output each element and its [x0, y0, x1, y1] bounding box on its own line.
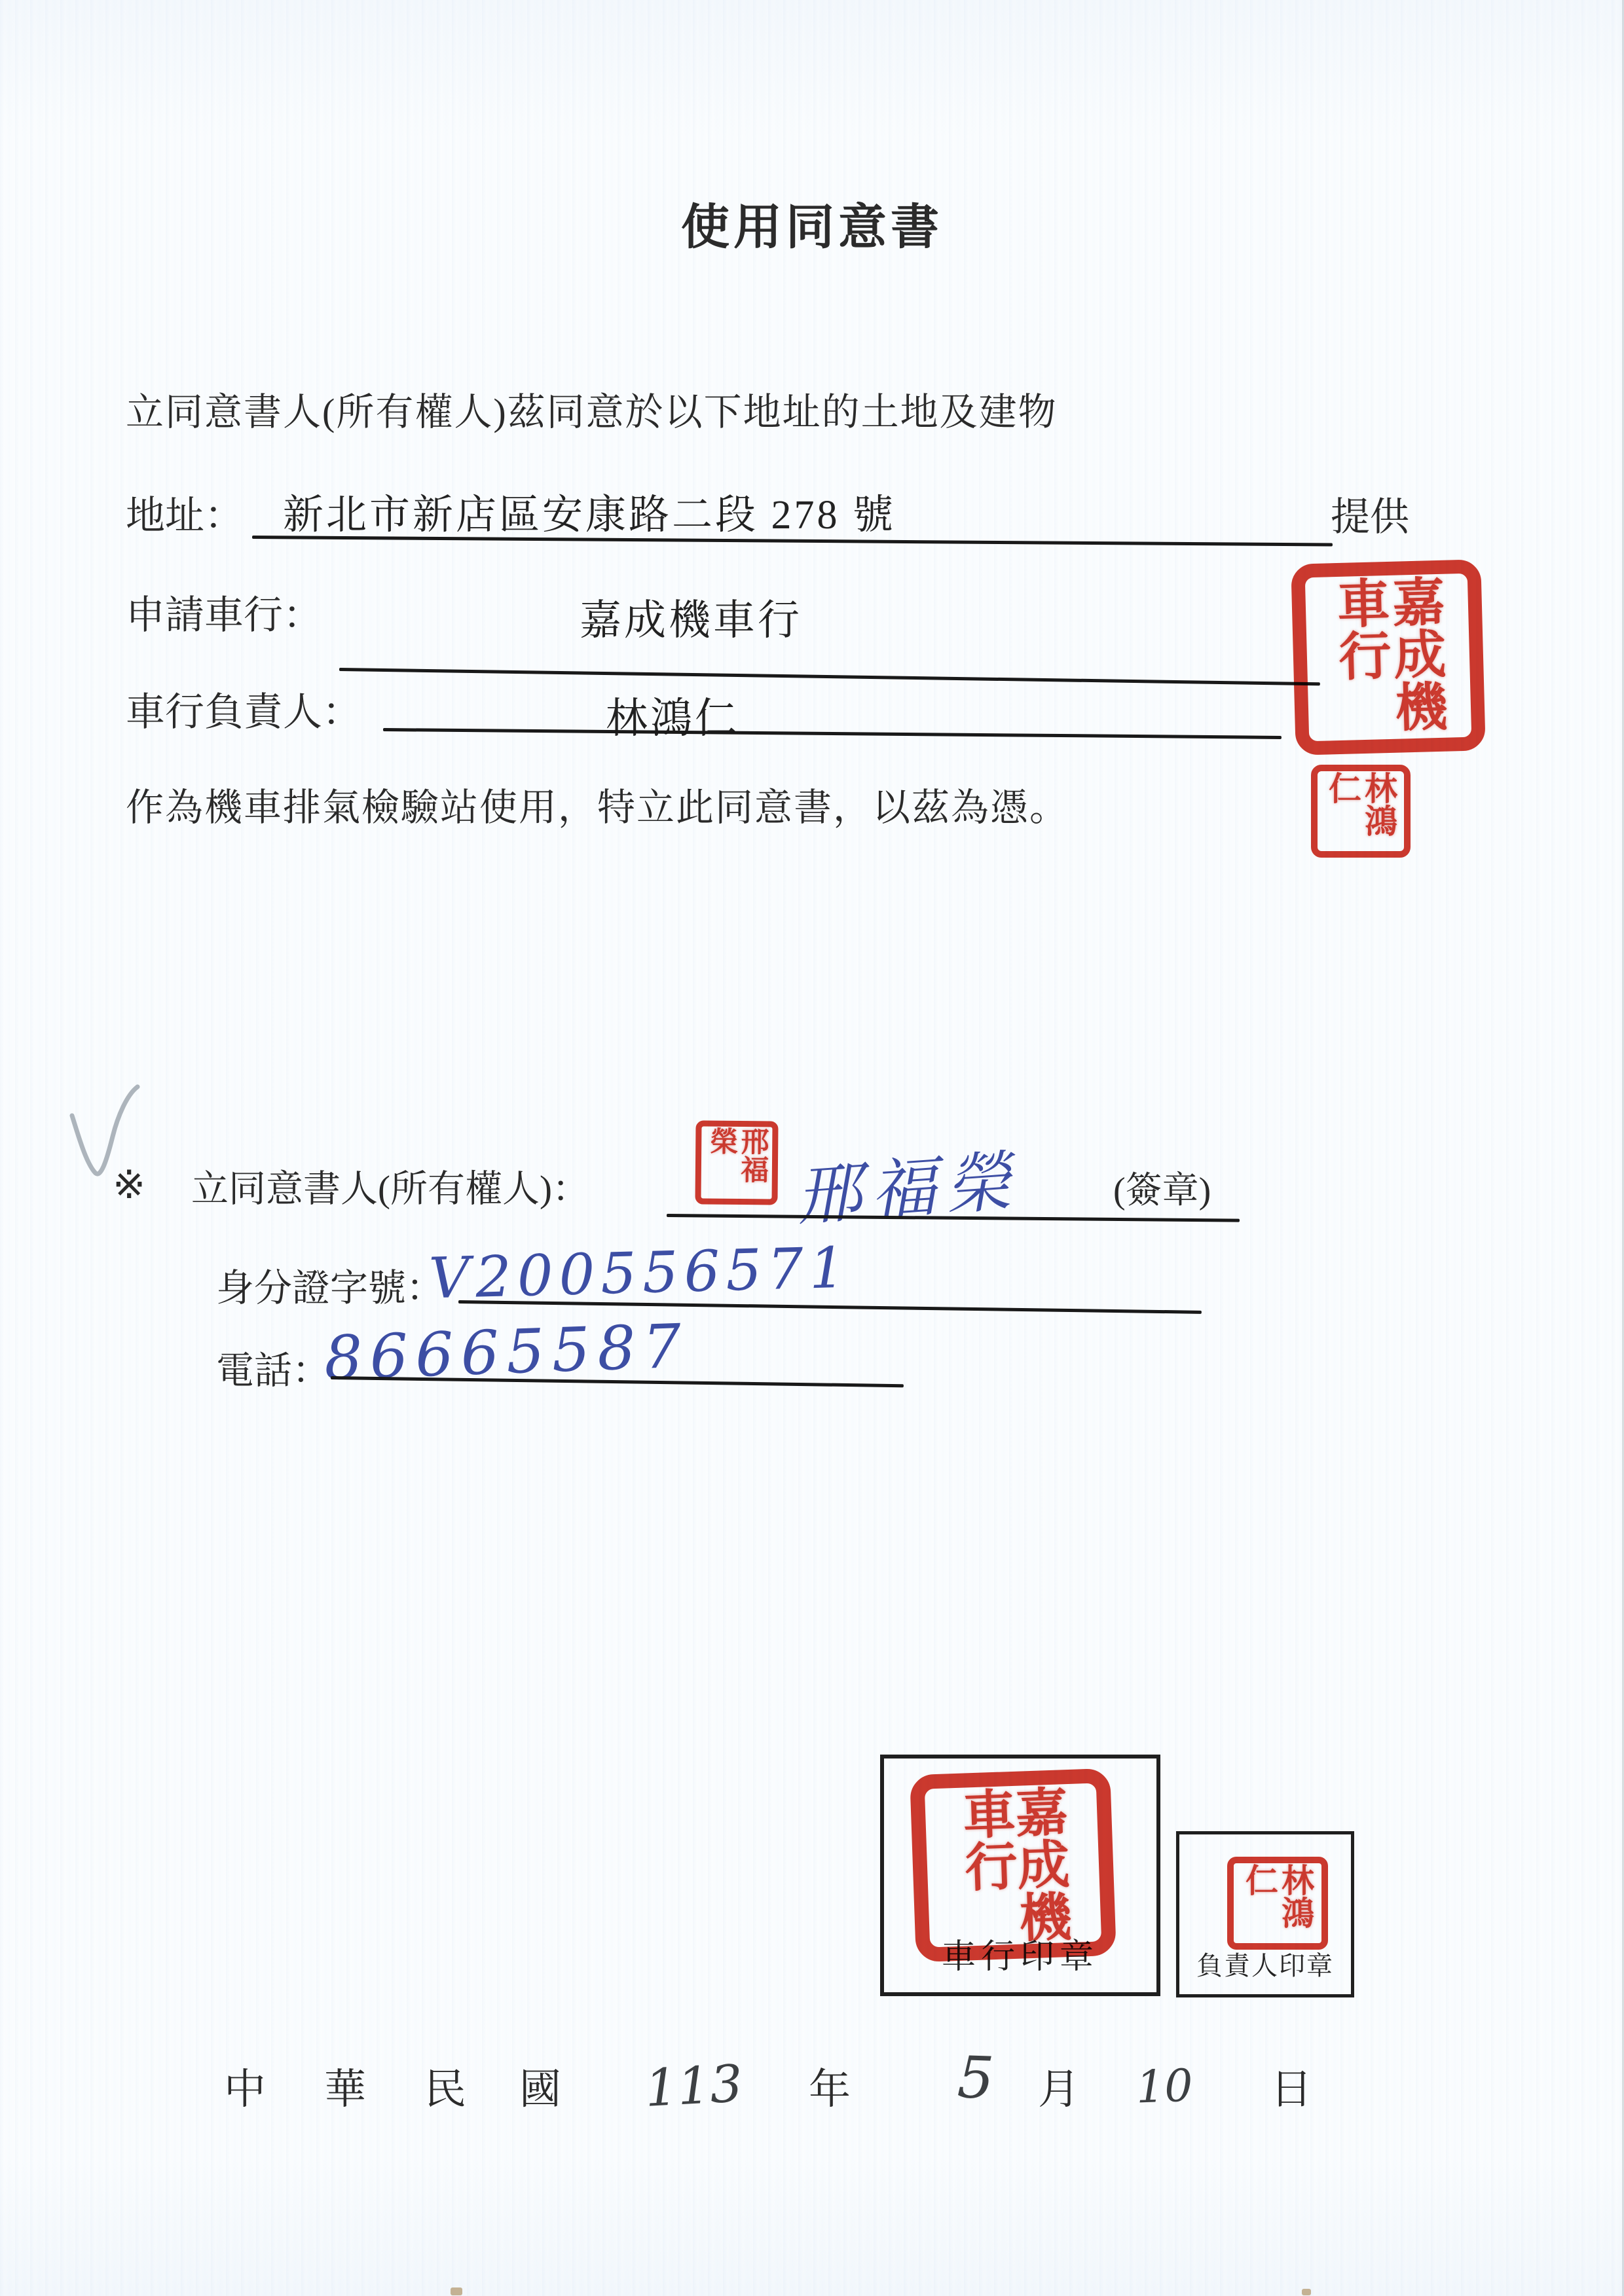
- scan-speck: [451, 2287, 462, 2295]
- intro-paragraph: 立同意書人(所有權人)茲同意於以下地址的土地及建物: [126, 381, 1058, 436]
- date-day-unit: 日: [1270, 2056, 1312, 2116]
- shop-value: 嘉成機車行: [580, 587, 802, 647]
- purpose-paragraph: 作為機車排氣檢驗站使用，特立此同意書，以茲為憑。: [126, 776, 1069, 831]
- consent-label: 立同意書人(所有權人)：: [191, 1159, 589, 1212]
- owner-signature-handwritten: 邢福榮: [792, 1128, 1022, 1238]
- company-seal-stamp-bottom: 嘉成機車行: [910, 1768, 1116, 1963]
- principal-seal-stamp: 林鴻仁: [1311, 765, 1411, 858]
- shop-underline: [339, 668, 1320, 685]
- date-year-handwritten: 113: [644, 2054, 744, 2119]
- date-era-char-2: 華: [324, 2056, 366, 2116]
- principal-label: 車行負責人：: [126, 681, 361, 737]
- company-seal-stamp: 嘉成機車行: [1291, 559, 1486, 755]
- phone-label: 電話：: [216, 1339, 330, 1394]
- scanned-consent-form: { "doc": { "title": "使用同意書", "intro": "立…: [0, 0, 1624, 2296]
- date-year-unit: 年: [809, 2056, 851, 2116]
- date-month-handwritten: 5: [956, 2043, 995, 2112]
- owner-seal-stamp: 邢福榮: [695, 1120, 778, 1205]
- shop-label: 申請車行：: [126, 584, 322, 640]
- signature-note: (簽章): [1113, 1161, 1211, 1214]
- consent-bullet: ※: [113, 1162, 145, 1208]
- principal-stamp-box-label: 負責人印章: [1179, 1945, 1351, 1982]
- principal-value: 林鴻仁: [606, 685, 739, 745]
- document-title: 使用同意書: [0, 189, 1624, 258]
- date-day-handwritten: 10: [1135, 2060, 1194, 2114]
- principal-seal-stamp-bottom: 林鴻仁: [1227, 1857, 1328, 1950]
- address-label: 地址：: [126, 484, 244, 541]
- scan-speck: [1302, 2289, 1311, 2295]
- date-era-char-3: 民: [424, 2056, 466, 2116]
- principal-underline: [383, 728, 1282, 739]
- date-month-unit: 月: [1038, 2056, 1080, 2116]
- address-value: 新北市新店區安康路二段 278 號: [283, 482, 896, 540]
- date-era-char-1: 中: [224, 2056, 266, 2116]
- date-era-char-4: 國: [519, 2056, 561, 2116]
- address-suffix: 提供: [1331, 486, 1409, 542]
- id-label: 身分證字號：: [216, 1257, 444, 1312]
